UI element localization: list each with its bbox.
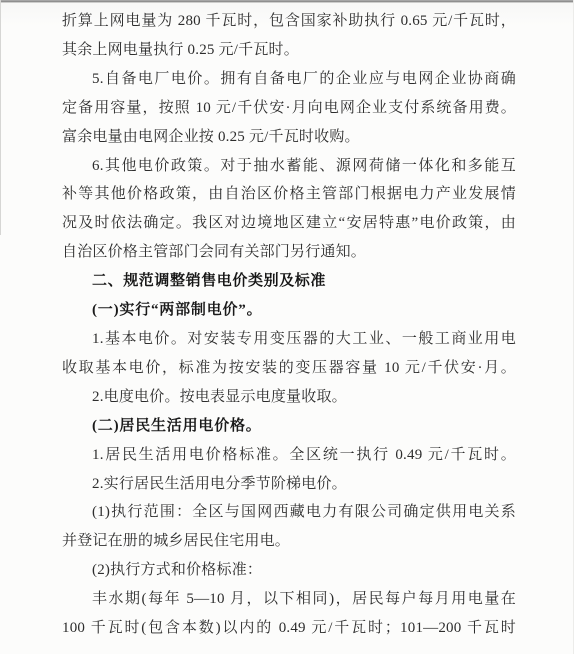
doc-line: 其余上网电量执行 0.25 元/千瓦时。 — [62, 36, 516, 65]
doc-line: (1)执行范围：全区与国网西藏电力有限公司确定供用电关系 — [62, 498, 516, 527]
subsection-heading-2: (二)居民生活用电价格。 — [62, 412, 516, 441]
document-body: 折算上网电量为 280 千瓦时，包含国家补助执行 0.65 元/千瓦时， 其余上… — [62, 7, 516, 643]
doc-line: 2.实行居民生活用电分季节阶梯电价。 — [62, 470, 516, 499]
doc-line: 丰水期(每年 5—10 月，以下相同)，居民每户每月用电量在 — [62, 585, 516, 614]
doc-line: 6.其他电价政策。对于抽水蓄能、源网荷储一体化和多能互 — [62, 152, 516, 181]
doc-line: 100 千瓦时(包含本数)以内的 0.49 元/千瓦时；101—200 千瓦时 — [62, 614, 516, 643]
doc-line: (2)执行方式和价格标准： — [62, 556, 516, 585]
section-heading-2: 二、规范调整销售电价类别及标准 — [62, 267, 516, 296]
doc-line: 收取基本电价，标准为按安装的变压器容量 10 元/千伏安·月。 — [62, 354, 516, 383]
doc-line: 况及时依法确定。我区对边境地区建立“安居特惠”电价政策，由 — [62, 209, 516, 238]
scan-edge-left — [0, 0, 1, 235]
document-page: 折算上网电量为 280 千瓦时，包含国家补助执行 0.65 元/千瓦时， 其余上… — [0, 0, 574, 654]
doc-line: 1.居民生活用电价格标准。全区统一执行 0.49 元/千瓦时。 — [62, 441, 516, 470]
doc-line: 定备用容量，按照 10 元/千伏安·月向电网企业支付系统备用费。 — [62, 94, 516, 123]
doc-line: 并登记在册的城乡居民住宅用电。 — [62, 527, 516, 556]
doc-line: 2.电度电价。按电表显示电度量收取。 — [62, 383, 516, 412]
doc-line: 1.基本电价。对安装专用变压器的大工业、一般工商业用电 — [62, 325, 516, 354]
doc-line: 5.自备电厂电价。拥有自备电厂的企业应与电网企业协商确 — [62, 65, 516, 94]
subsection-heading-1: (一)实行“两部制电价”。 — [62, 296, 516, 325]
doc-line: 自治区价格主管部门会同有关部门另行通知。 — [62, 238, 516, 267]
scan-edge-top — [0, 0, 574, 3]
doc-line: 富余电量由电网企业按 0.25 元/千瓦时收购。 — [62, 123, 516, 152]
doc-line: 折算上网电量为 280 千瓦时，包含国家补助执行 0.65 元/千瓦时， — [62, 7, 516, 36]
doc-line: 补等其他价格政策，由自治区价格主管部门根据电力产业发展情 — [62, 180, 516, 209]
